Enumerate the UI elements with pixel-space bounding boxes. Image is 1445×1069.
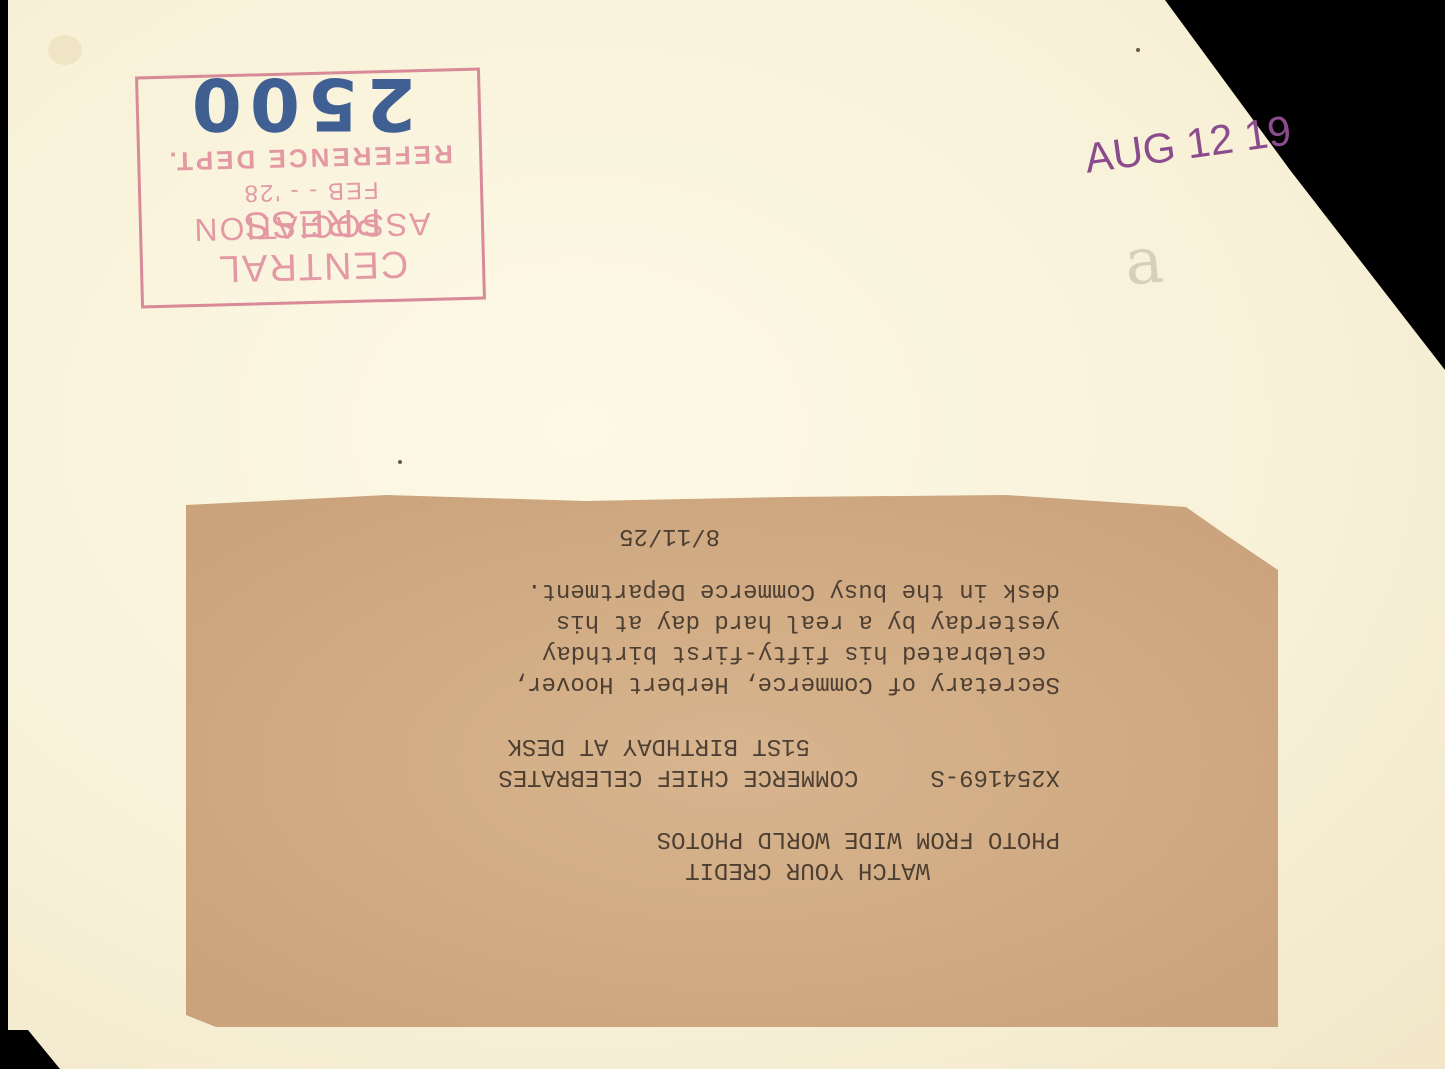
spacer [200, 792, 1060, 823]
spacer [200, 699, 1060, 730]
headline-row: X254169-S COMMERCE CHIEF CELEBRATES [200, 761, 1060, 792]
speck [398, 460, 402, 464]
spacer [200, 551, 1060, 575]
pencil-number: 2500 [150, 62, 450, 146]
clipping-date: 8/11/25 [200, 520, 1060, 551]
body-line-1: Secretary of Commerce, Herbert Hoover, [200, 668, 1060, 699]
credit-line-1: WATCH YOUR CREDIT [200, 854, 1060, 885]
photo-id: X254169-S [930, 763, 1060, 790]
headline-line-2: 51ST BIRTHDAY AT DESK [200, 730, 1060, 761]
stamp-line-2: ASSOCIATION [162, 204, 462, 249]
speck [1136, 48, 1140, 52]
scan-border [0, 0, 8, 1069]
headline-line-1: COMMERCE CHIEF CELEBRATES [498, 763, 858, 790]
caption-text: WATCH YOUR CREDITPHOTO FROM WIDE WORLD P… [200, 520, 1060, 885]
body-line-3: yesterday by a real hard day at his [200, 606, 1060, 637]
credit-line-2: PHOTO FROM WIDE WORLD PHOTOS [200, 823, 1060, 854]
body-line-2: celebrated his fifty-first birthday [200, 637, 1060, 668]
stain [48, 35, 82, 65]
body-line-4: desk in the busy Commerce Department. [200, 575, 1060, 606]
pencil-mark: a [1122, 223, 1166, 300]
